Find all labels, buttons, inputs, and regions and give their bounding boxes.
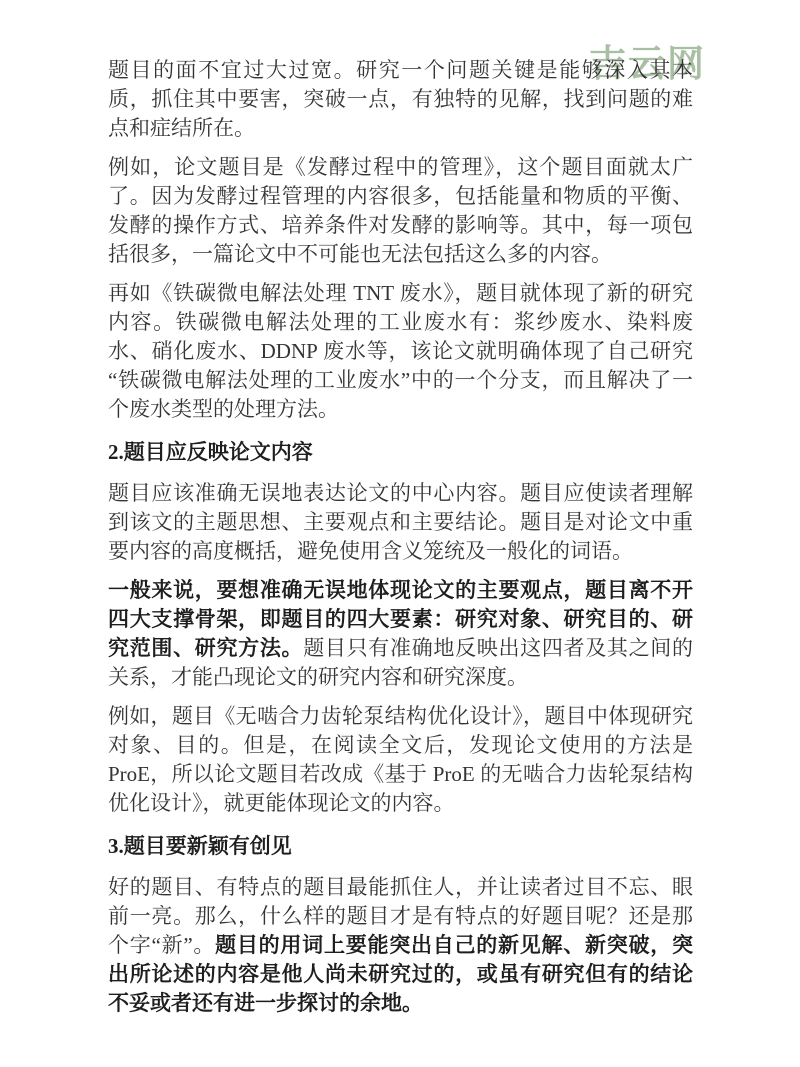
paragraph: 再如《铁碳微电解法处理 TNT 废水》，题目就体现了新的研究内容。铁碳微电解法处… [108, 279, 693, 424]
paragraph: 好的题目、有特点的题目最能抓住人，并让读者过目不忘、眼前一亮。那么，什么样的题目… [108, 873, 693, 1018]
paragraph: 例如，论文题目是《发酵过程中的管理》，这个题目面就太广了。因为发酵过程管理的内容… [108, 153, 693, 269]
paragraph-text: 例如，题目《无啮合力齿轮泵结构优化设计》，题目中体现研究对象、目的。但是，在阅读… [108, 704, 693, 815]
paragraph: 题目的面不宜过大过宽。研究一个问题关键是能够深入其本质，抓住其中要害，突破一点，… [108, 56, 693, 143]
paragraph: 例如，题目《无啮合力齿轮泵结构优化设计》，题目中体现研究对象、目的。但是，在阅读… [108, 702, 693, 818]
document-content: 题目的面不宜过大过宽。研究一个问题关键是能够深入其本质，抓住其中要害，突破一点，… [108, 56, 693, 1028]
paragraph: 一般来说，要想准确无误地体现论文的主要观点，题目离不开四大支撑骨架，即题目的四大… [108, 576, 693, 692]
section-heading: 3.题目要新颖有创见 [108, 832, 693, 861]
paragraph-text: 再如《铁碳微电解法处理 TNT 废水》，题目就体现了新的研究内容。铁碳微电解法处… [108, 281, 693, 421]
paragraph-text: 例如，论文题目是《发酵过程中的管理》，这个题目面就太广了。因为发酵过程管理的内容… [108, 155, 693, 266]
document-page: 吉云网 题目的面不宜过大过宽。研究一个问题关键是能够深入其本质，抓住其中要害，突… [0, 0, 800, 1067]
paragraph-text: 题目的面不宜过大过宽。研究一个问题关键是能够深入其本质，抓住其中要害，突破一点，… [108, 58, 693, 140]
paragraph: 题目应该准确无误地表达论文的中心内容。题目应使读者理解到该文的主题思想、主要观点… [108, 479, 693, 566]
paragraph-text: 题目应该准确无误地表达论文的中心内容。题目应使读者理解到该文的主题思想、主要观点… [108, 481, 693, 563]
section-heading: 2.题目应反映论文内容 [108, 438, 693, 467]
